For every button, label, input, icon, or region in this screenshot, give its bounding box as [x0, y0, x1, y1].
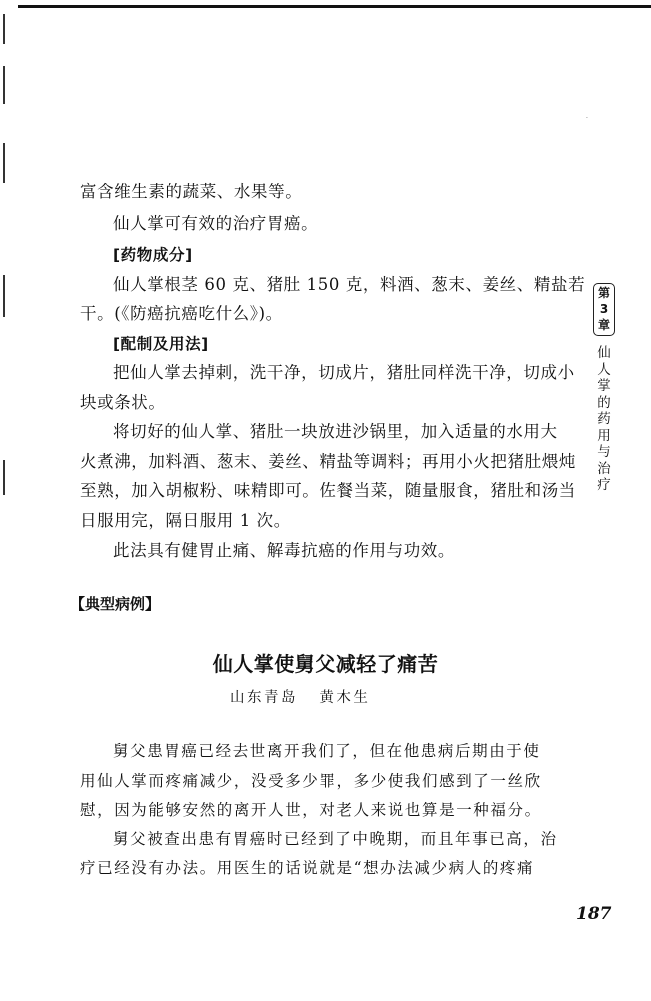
body-line: 仙人掌根茎 60 克、猪肚 150 克，料酒、葱末、姜丝、精盐若: [113, 275, 585, 295]
body-line: 至熟，加入胡椒粉、味精即可。佐餐当菜，随量服食，猪肚和汤当: [80, 481, 576, 501]
chapter-tab: 第 3 章: [593, 283, 615, 336]
subheading-ingredients: [药物成分]: [113, 245, 193, 265]
story-line: 用仙人掌而疼痛减少，没受多少罪，多少使我们感到了一丝欣: [80, 771, 542, 791]
chapter-tab-label: 章: [594, 317, 614, 333]
story-line: 舅父被查出患有胃癌时已经到了中晚期，而且年事已高，治: [113, 829, 558, 849]
article-title: 仙人掌使舅父减轻了痛苦: [0, 648, 651, 677]
binding-mark: [3, 143, 5, 183]
chapter-number: 3: [594, 301, 614, 317]
chapter-tab-label: 第: [594, 285, 614, 301]
binding-mark: [3, 275, 5, 317]
body-line: 块或条状。: [80, 393, 166, 413]
story-line: 慰，因为能够安然的离开人世，对老人来说也算是一种福分。: [80, 800, 542, 820]
body-line: 仙人掌可有效的治疗胃癌。: [113, 214, 318, 234]
binding-mark: [3, 460, 5, 495]
body-line: 把仙人掌去掉刺，洗干净，切成片，猪肚同样洗干净，切成小: [113, 363, 575, 383]
body-line: 此法具有健胃止痛、解毒抗癌的作用与功效。: [113, 541, 455, 561]
body-line: 将切好的仙人掌、猪肚一块放进沙锅里，加入适量的水用大: [113, 422, 558, 442]
binding-mark: [3, 66, 5, 104]
subheading-preparation: [配制及用法]: [113, 334, 209, 354]
chapter-title: 仙人掌的药用与治疗: [595, 345, 613, 494]
scan-speck: ·: [586, 115, 588, 122]
body-line: 火煮沸，加料酒、葱末、姜丝、精盐等调料；再用小火把猪肚煨炖: [80, 452, 576, 472]
binding-mark: [3, 14, 5, 44]
story-line: 疗已经没有办法。用医生的话说就是“想办法减少病人的疼痛: [80, 858, 534, 878]
section-heading: 【典型病例】: [70, 593, 160, 614]
article-byline: 山东青岛 黄木生: [230, 686, 370, 707]
story-line: 舅父患胃癌已经去世离开我们了，但在他患病后期由于使: [113, 741, 541, 761]
body-line: 日服用完，隔日服用 1 次。: [80, 511, 291, 531]
page-number: 187: [576, 904, 612, 924]
body-line: 富含维生素的蔬菜、水果等。: [80, 182, 302, 202]
header-rule: [18, 5, 651, 8]
body-line: 干。(《防癌抗癌吃什么》)。: [80, 304, 283, 324]
